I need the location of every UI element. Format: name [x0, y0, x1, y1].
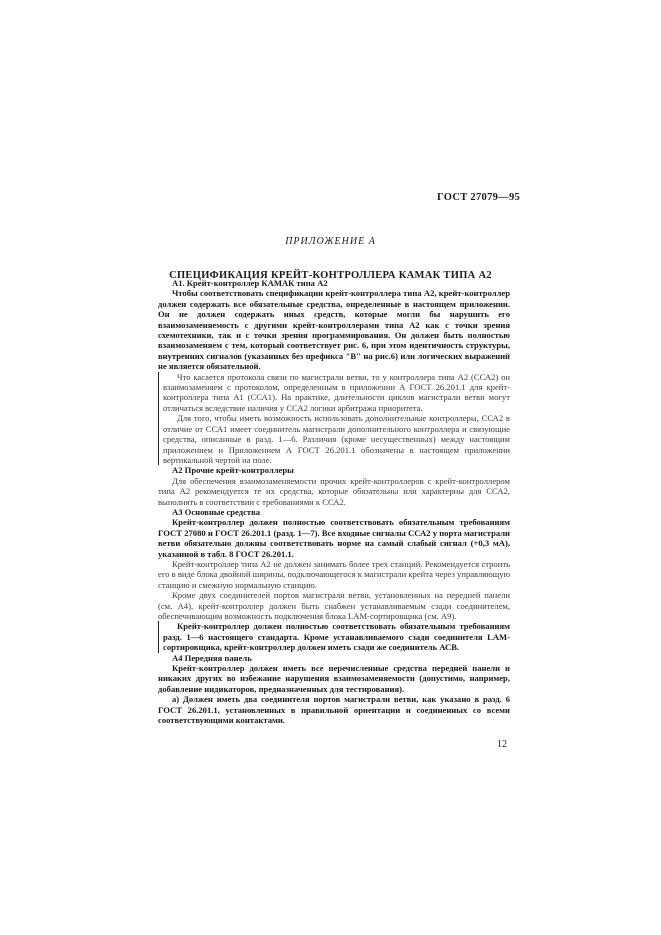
- section-a3-heading: А3 Основные средства: [158, 507, 510, 517]
- section-a4-paragraph-1: Крейт-контроллер должен иметь все перечи…: [158, 663, 510, 694]
- section-a1-paragraph-1: Чтобы соответствовать спецификации крейт…: [158, 288, 510, 371]
- document-code: ГОСТ 27079—95: [437, 192, 520, 203]
- section-a4-heading: А4 Передняя панель: [158, 653, 510, 663]
- section-a1-heading: А1. Крейт-контроллер КАМАК типа А2: [158, 278, 510, 288]
- section-a3-paragraph-2: Крейт-контроллер типа А2 не должен заним…: [158, 559, 510, 590]
- page-number: 12: [497, 739, 507, 750]
- section-a3-paragraph-1: Крейт-контроллер должен полностью соотве…: [158, 517, 510, 559]
- appendix-label: ПРИЛОЖЕНИЕ А: [0, 236, 661, 247]
- section-a3-paragraph-4: Крейт-контроллер должен полностью соотве…: [158, 621, 510, 652]
- section-a2-paragraph-1: Для обеспечения взаимозаменяемости прочи…: [158, 476, 510, 507]
- section-a2-heading: А2 Прочие крейт-контроллеры: [158, 465, 510, 475]
- section-a1-paragraph-2: Что касается протокола связи по магистра…: [158, 372, 510, 414]
- section-a4-paragraph-2: а) Должен иметь два соединителя портов м…: [158, 694, 510, 725]
- document-page: ГОСТ 27079—95 ПРИЛОЖЕНИЕ А СПЕЦИФИКАЦИЯ …: [0, 0, 661, 935]
- section-a3-paragraph-3: Кроме двух соединителей портов магистрал…: [158, 590, 510, 621]
- section-a1-paragraph-3: Для того, чтобы иметь возможность исполь…: [158, 413, 510, 465]
- document-body: А1. Крейт-контроллер КАМАК типа А2 Чтобы…: [158, 278, 510, 725]
